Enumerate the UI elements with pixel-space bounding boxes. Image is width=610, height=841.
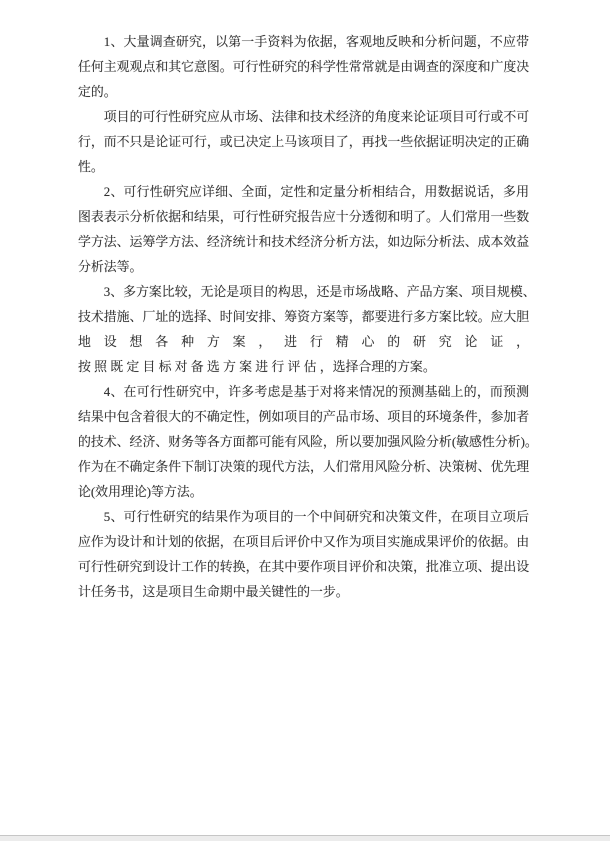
text-line: 计任务书，这是项目生命期中最关键性的一步。	[78, 580, 529, 605]
text-line: 4、在可行性研究中，许多考虑是基于对将来情况的预测基础上的，而预测	[78, 380, 529, 405]
paragraph-6: 5、可行性研究的结果作为项目的一个中间研究和决策文件，在项目立项后 应作为设计和…	[78, 505, 529, 605]
text-line: 图表表示分析依据和结果，可行性研究报告应十分透彻和明了。人们常用一些数	[78, 205, 529, 230]
text-line: 项目的可行性研究应从市场、法律和技术经济的角度来论证项目可行或不可	[78, 105, 529, 130]
paragraph-3: 2、可行性研究应详细、全面，定性和定量分析相结合，用数据说话，多用 图表表示分析…	[78, 180, 529, 280]
text-line: 性。	[78, 155, 529, 180]
text-line: 定的。	[78, 80, 529, 105]
text-line: 论(效用理论)等方法。	[78, 480, 529, 505]
document-page: 1、大量调查研究，以第一手资料为依据，客观地反映和分析问题，不应带 任何主观观点…	[0, 0, 610, 841]
text-line: 任何主观观点和其它意图。可行性研究的科学性常常就是由调查的深度和广度决	[78, 55, 529, 80]
document-text-block: 1、大量调查研究，以第一手资料为依据，客观地反映和分析问题，不应带 任何主观观点…	[78, 30, 529, 605]
text-line-distributed: 按 照 既 定 目 标 对 备 选 方 案 进 行 评 估 ，选择合理的方案。	[78, 355, 529, 380]
text-line: 的技术、经济、财务等各方面都可能有风险，所以要加强风险分析(敏感性分析)。	[78, 430, 529, 455]
page-bottom-edge	[0, 835, 610, 841]
paragraph-4: 3、多方案比较，无论是项目的构思，还是市场战略、产品方案、项目规模、 技术措施、…	[78, 280, 529, 380]
text-line: 分析法等。	[78, 255, 529, 280]
text-line: 学方法、运筹学方法、经济统计和技术经济分析方法，如边际分析法、成本效益	[78, 230, 529, 255]
text-line: 技术措施、厂址的选择、时间安排、筹资方案等，都要进行多方案比较。应大胆	[78, 305, 529, 330]
text-line: 行，而不只是论证可行，或已决定上马该项目了，再找一些依据证明决定的正确	[78, 130, 529, 155]
text-line: 作为在不确定条件下制订决策的现代方法，人们常用风险分析、决策树、优先理	[78, 455, 529, 480]
text-line: 3、多方案比较，无论是项目的构思，还是市场战略、产品方案、项目规模、	[78, 280, 529, 305]
text-line: 结果中包含着很大的不确定性，例如项目的产品市场、项目的环境条件，参加者	[78, 405, 529, 430]
paragraph-5: 4、在可行性研究中，许多考虑是基于对将来情况的预测基础上的，而预测 结果中包含着…	[78, 380, 529, 505]
text-line-distributed: 地 设 想 各 种 方 案 ， 进 行 精 心 的 研 究 论 证 ，	[78, 330, 529, 355]
text-line: 可行性研究到设计工作的转换，在其中要作项目评价和决策，批准立项、提出设	[78, 555, 529, 580]
text-line: 1、大量调查研究，以第一手资料为依据，客观地反映和分析问题，不应带	[78, 30, 529, 55]
text-line: 5、可行性研究的结果作为项目的一个中间研究和决策文件，在项目立项后	[78, 505, 529, 530]
paragraph-1: 1、大量调查研究，以第一手资料为依据，客观地反映和分析问题，不应带 任何主观观点…	[78, 30, 529, 105]
paragraph-2: 项目的可行性研究应从市场、法律和技术经济的角度来论证项目可行或不可 行，而不只是…	[78, 105, 529, 180]
text-line: 应作为设计和计划的依据，在项目后评价中又作为项目实施成果评价的依据。由	[78, 530, 529, 555]
text-line: 2、可行性研究应详细、全面，定性和定量分析相结合，用数据说话，多用	[78, 180, 529, 205]
